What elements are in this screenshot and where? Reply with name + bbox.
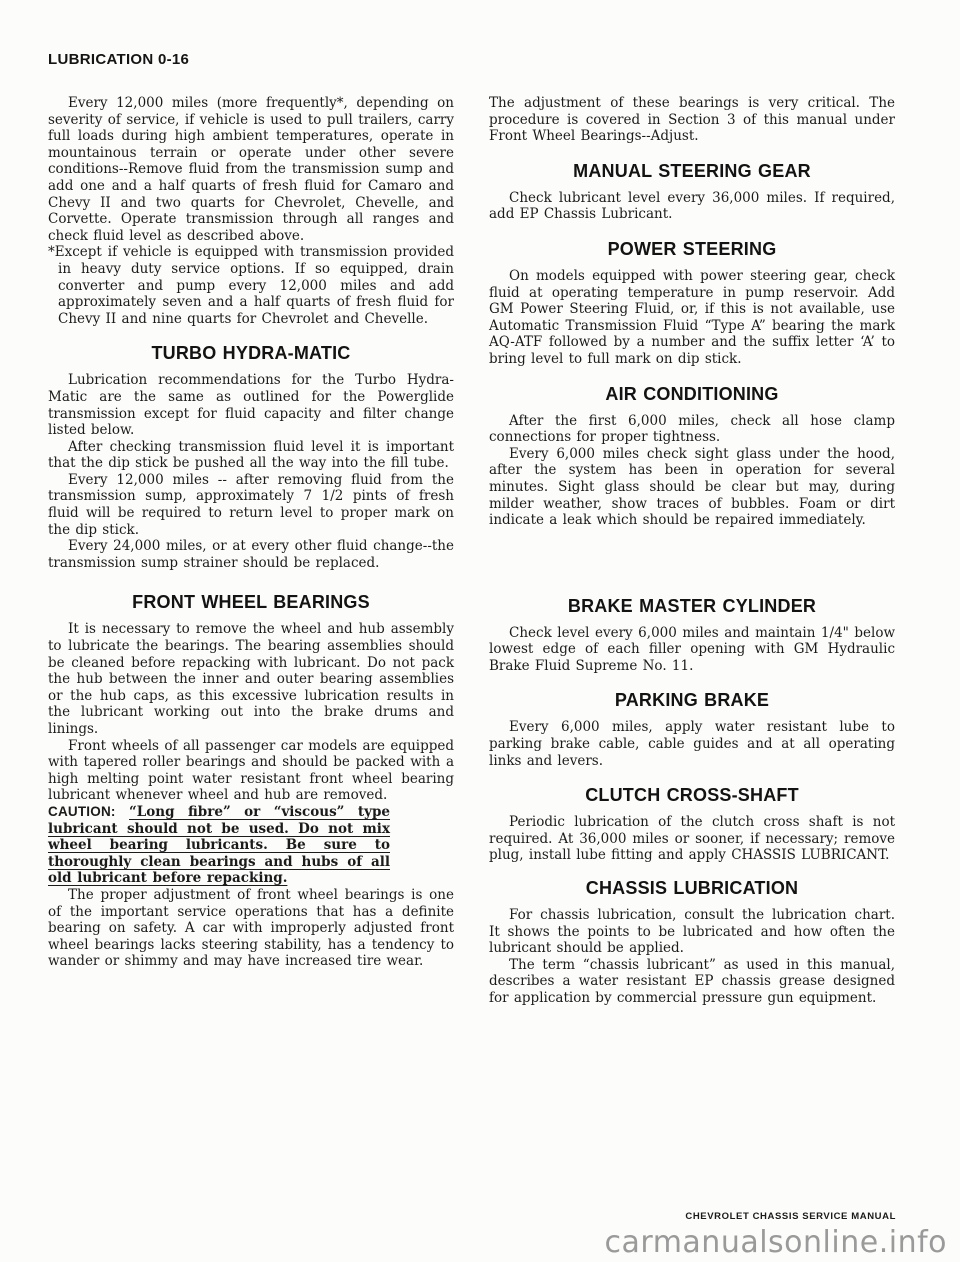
clutch-cross-shaft-paragraph: Periodic lubrication of the clutch cross… (489, 814, 895, 864)
turbo-paragraph-3: Every 12,000 miles -- after removing flu… (48, 472, 454, 538)
column-right: The adjustment of these bearings is very… (489, 95, 895, 1007)
brake-master-cylinder-paragraph: Check level every 6,000 miles and mainta… (489, 625, 895, 675)
intro-paragraph: Every 12,000 miles (more frequently*, de… (48, 95, 454, 244)
heading-air-conditioning: AIR CONDITIONING (489, 383, 895, 405)
page-footer: CHEVROLET CHASSIS SERVICE MANUAL (685, 1211, 896, 1222)
front-wheel-bearings-paragraph-3: The proper adjustment of front wheel bea… (48, 887, 454, 970)
air-conditioning-paragraph-1: After the first 6,000 miles, check all h… (489, 413, 895, 446)
footnote-paragraph: *Except if vehicle is equipped with tran… (48, 244, 454, 327)
turbo-paragraph-1: Lubrication recommendations for the Turb… (48, 372, 454, 438)
heading-power-steering: POWER STEERING (489, 238, 895, 260)
heading-manual-steering-gear: MANUAL STEERING GEAR (489, 160, 895, 182)
heading-brake-master-cylinder: BRAKE MASTER CYLINDER (489, 595, 895, 617)
front-wheel-bearings-paragraph-1: It is necessary to remove the wheel and … (48, 621, 454, 737)
heading-turbo-hydra-matic: TURBO HYDRA-MATIC (48, 342, 454, 364)
heading-parking-brake: PARKING BRAKE (489, 689, 895, 711)
watermark: carmanualsonline.info (605, 1225, 947, 1260)
bearings-adjust-paragraph: The adjustment of these bearings is very… (489, 95, 895, 145)
heading-chassis-lubrication: CHASSIS LUBRICATION (489, 877, 895, 899)
heading-clutch-cross-shaft: CLUTCH CROSS-SHAFT (489, 784, 895, 806)
chassis-lubrication-paragraph-1: For chassis lubrication, consult the lub… (489, 907, 895, 957)
turbo-paragraph-2: After checking transmission fluid level … (48, 439, 454, 472)
front-wheel-bearings-paragraph-2: Front wheels of all passenger car models… (48, 738, 454, 804)
parking-brake-paragraph: Every 6,000 miles, apply water resistant… (489, 719, 895, 769)
chassis-lubrication-paragraph-2: The term “chassis lubricant” as used in … (489, 957, 895, 1007)
turbo-paragraph-4: Every 24,000 miles, or at every other fl… (48, 538, 454, 571)
power-steering-paragraph: On models equipped with power steering g… (489, 268, 895, 368)
manual-steering-paragraph: Check lubricant level every 36,000 miles… (489, 190, 895, 223)
page-header: LUBRICATION 0-16 (48, 51, 189, 68)
heading-front-wheel-bearings: FRONT WHEEL BEARINGS (48, 591, 454, 613)
column-left: Every 12,000 miles (more frequently*, de… (48, 95, 454, 970)
caution-label: CAUTION: (48, 804, 116, 819)
caution-block: CAUTION: “Long fibre” or “viscous” type … (48, 804, 390, 887)
air-conditioning-paragraph-2: Every 6,000 miles check sight glass unde… (489, 446, 895, 529)
